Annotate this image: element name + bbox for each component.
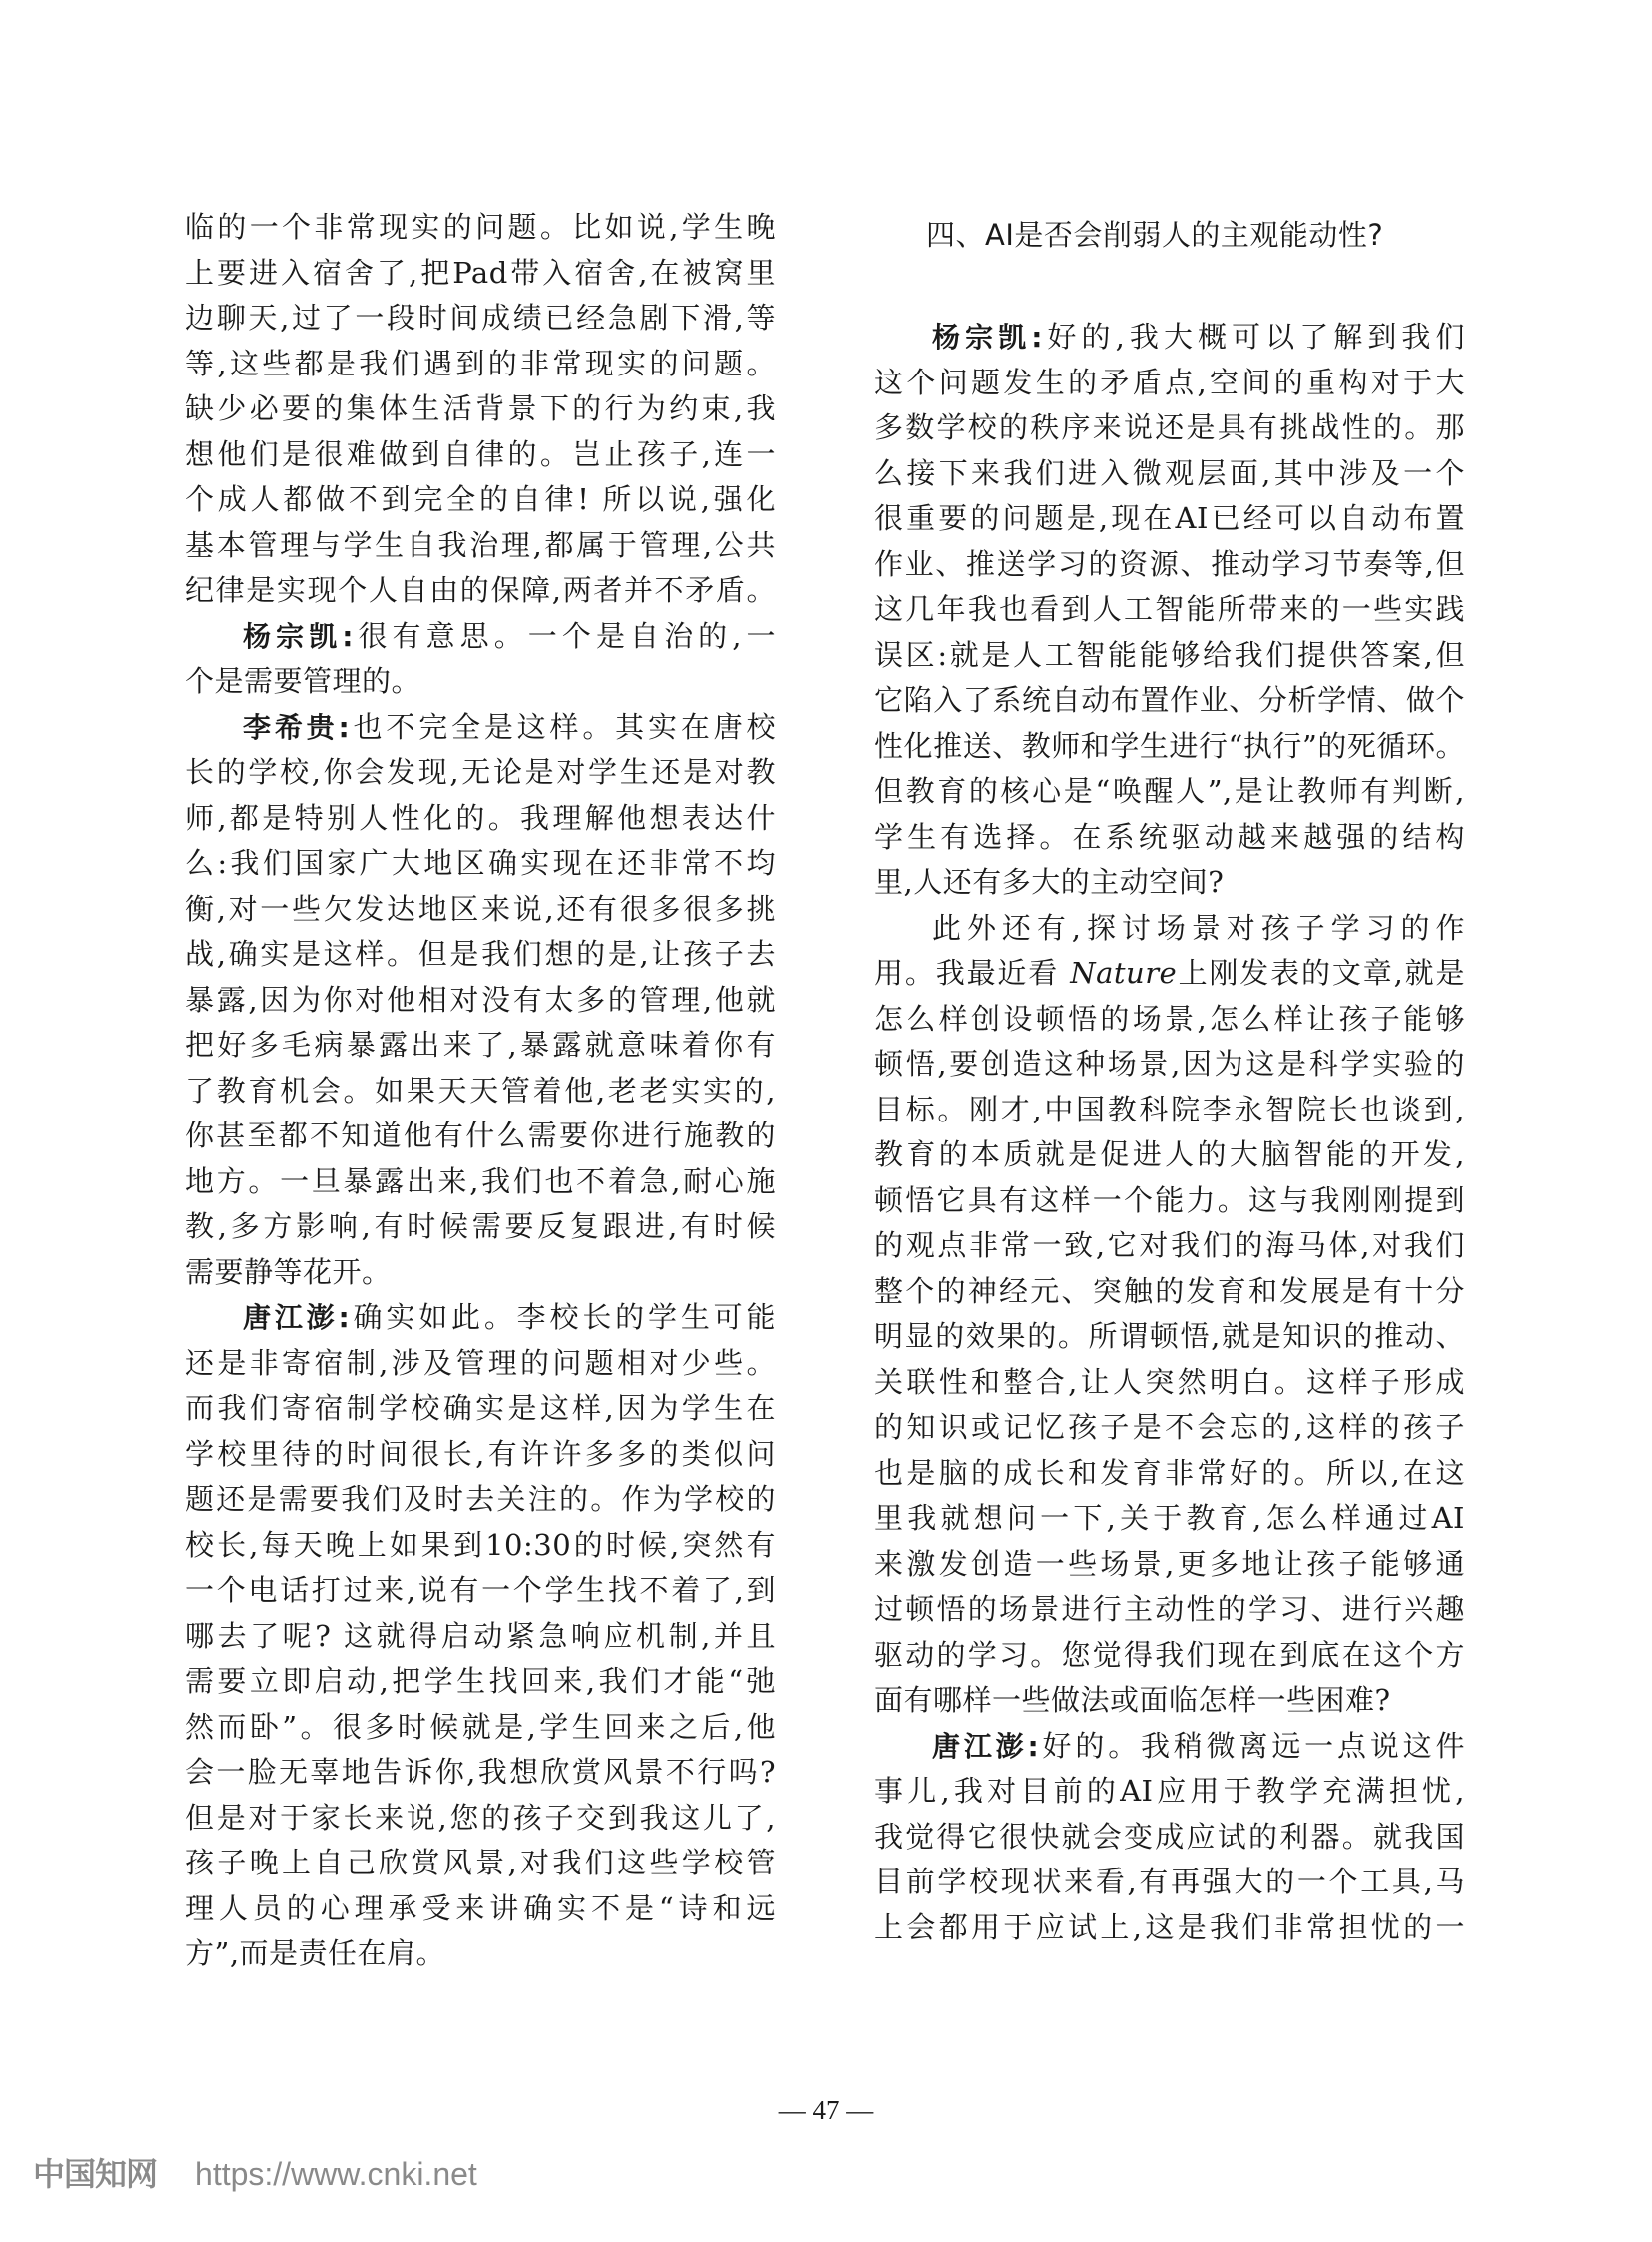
text-line: 驱动的学习。您觉得我们现在到底在这个方	[874, 1633, 1465, 1679]
text-line: 孩子晚上自己欣赏风景,对我们这些学校管	[185, 1841, 776, 1886]
line-text: 哪去了呢? 这就得启动紧急响应机制,并且	[185, 1619, 776, 1653]
text-line: 理人员的心理承受来讲确实不是“诗和远	[185, 1886, 776, 1932]
text-line: 此外还有,探讨场景对孩子学习的作	[874, 906, 1465, 952]
text-line: 校长,每天晚上如果到10:30的时候,突然有	[185, 1523, 776, 1569]
line-text: 师,都是特别人性化的。我理解他想表达什	[185, 801, 776, 835]
line-text: 还是非寄宿制,涉及管理的问题相对少些。	[185, 1346, 776, 1380]
text-line: 这几年我也看到人工智能所带来的一些实践	[874, 587, 1465, 633]
line-text: 个成人都做不到完全的自律! 所以说,强化	[185, 482, 776, 516]
line-text: 教,多方影响,有时候需要反复跟进,有时候	[185, 1209, 776, 1243]
text-line: 题还是需要我们及时去关注的。作为学校的	[185, 1477, 776, 1523]
text-line: 关联性和整合,让人突然明白。这样子形成	[874, 1360, 1465, 1406]
line-text: 么:我们国家广大地区确实现在还非常不均	[185, 846, 776, 880]
speaker-paragraph-start: 杨宗凯:好的,我大概可以了解到我们	[874, 315, 1465, 361]
line-text: 边聊天,过了一段时间成绩已经急剧下滑,等	[185, 301, 776, 335]
line-text: 需要静等花开。	[185, 1255, 392, 1289]
text-line: 需要立即启动,把学生找回来,我们才能“弛	[185, 1659, 776, 1705]
text-line: 学生有选择。在系统驱动越来越强的结构	[874, 815, 1465, 861]
line-text: 会一脸无辜地告诉你,我想欣赏风景不行吗?	[185, 1755, 776, 1789]
section-heading: 四、AI是否会削弱人的主观能动性?	[874, 205, 1465, 315]
text-line: 顿悟,要创造这种场景,因为这是科学实验的	[874, 1042, 1465, 1088]
text-line: 战,确实是这样。但是我们想的是,让孩子去	[185, 932, 776, 978]
text-line: 教育的本质就是促进人的大脑智能的开发,	[874, 1132, 1465, 1178]
text-line: 来激发创造一些场景,更多地让孩子能够通	[874, 1542, 1465, 1588]
text-line: 你甚至都不知道他有什么需要你进行施教的	[185, 1114, 776, 1159]
line-text: 然而卧”。很多时候就是,学生回来之后,他	[185, 1710, 776, 1744]
line-text: 你甚至都不知道他有什么需要你进行施教的	[185, 1119, 776, 1152]
line-text: 很有意思。一个是自治的,一	[354, 619, 776, 653]
text-line: 会一脸无辜地告诉你,我想欣赏风景不行吗?	[185, 1750, 776, 1796]
line-text: 上会都用于应试上,这是我们非常担忧的一	[874, 1910, 1465, 1944]
line-text: 的知识或记忆孩子是不会忘的,这样的孩子	[874, 1410, 1465, 1444]
right-column-body: 杨宗凯:好的,我大概可以了解到我们这个问题发生的矛盾点,空间的重构对于大多数学校…	[874, 315, 1465, 1950]
line-text: 衡,对一些欠发达地区来说,还有很多很多挑	[185, 892, 776, 926]
line-text: 过顿悟的场景进行主动性的学习、进行兴趣	[874, 1592, 1465, 1626]
line-text: 但是对于家长来说,您的孩子交到我这儿了,	[185, 1801, 776, 1835]
text-line: 等,这些都是我们遇到的非常现实的问题。	[185, 342, 776, 387]
line-text: 想他们是很难做到自律的。岂止孩子,连一	[185, 437, 776, 471]
line-text: 整个的神经元、突触的发育和发展是有十分	[874, 1274, 1465, 1308]
line-text: 暴露,因为你对他相对没有太多的管理,他就	[185, 983, 776, 1017]
line-text: 里我就想问一下,关于教育,怎么样通过AI	[874, 1501, 1465, 1535]
line-text: 目标。刚才,中国教科院李永智院长也谈到,	[874, 1093, 1465, 1126]
line-text: 怎么样创设顿悟的场景,怎么样让孩子能够	[874, 1002, 1465, 1036]
line-text: 把好多毛病暴露出来了,暴露就意味着你有	[185, 1028, 776, 1062]
line-text: 战,确实是这样。但是我们想的是,让孩子去	[185, 937, 776, 971]
line-text: 地方。一旦暴露出来,我们也不着急,耐心施	[185, 1164, 776, 1198]
line-text: 很重要的问题是,现在AI已经可以自动布置	[874, 501, 1465, 535]
text-line: 还是非寄宿制,涉及管理的问题相对少些。	[185, 1341, 776, 1387]
line-text: 好的。我稍微离远一点说这件	[1039, 1729, 1465, 1763]
line-text: 性化推送、教师和学生进行“执行”的死循环。	[874, 729, 1465, 763]
text-line: 边聊天,过了一段时间成绩已经急剧下滑,等	[185, 296, 776, 342]
text-line: 地方。一旦暴露出来,我们也不着急,耐心施	[185, 1159, 776, 1205]
text-line: 教,多方影响,有时候需要反复跟进,有时候	[185, 1204, 776, 1250]
page-number: — 47 —	[0, 2095, 1652, 2126]
text-line: 个成人都做不到完全的自律! 所以说,强化	[185, 477, 776, 523]
text-line: 但教育的核心是“唤醒人”,是让教师有判断,	[874, 769, 1465, 815]
line-text: 它陷入了系统自动布置作业、分析学情、做个	[874, 683, 1465, 717]
line-text: 么接下来我们进入微观层面,其中涉及一个	[874, 456, 1465, 490]
text-line: 里,人还有多大的主动空间?	[874, 860, 1465, 906]
text-line: 我觉得它很快就会变成应试的利器。就我国	[874, 1815, 1465, 1861]
line-text: 好的,我大概可以了解到我们	[1043, 320, 1465, 354]
text-line: 而我们寄宿制学校确实是这样,因为学生在	[185, 1386, 776, 1432]
line-text: 事儿,我对目前的AI应用于教学充满担忧,	[874, 1774, 1465, 1808]
text-line: 需要静等花开。	[185, 1250, 776, 1296]
text-line: 怎么样创设顿悟的场景,怎么样让孩子能够	[874, 997, 1465, 1043]
right-column: 四、AI是否会削弱人的主观能动性? 杨宗凯:好的,我大概可以了解到我们这个问题发…	[874, 205, 1465, 1950]
text-line: 么接下来我们进入微观层面,其中涉及一个	[874, 451, 1465, 497]
text-line: 明显的效果的。所谓顿悟,就是知识的推动、	[874, 1314, 1465, 1360]
line-text: 需要立即启动,把学生找回来,我们才能“弛	[185, 1664, 776, 1698]
speaker-paragraph-start: 李希贵:也不完全是这样。其实在唐校	[185, 705, 776, 751]
cnki-watermark: 中国知网 https://www.cnki.net	[33, 2149, 477, 2195]
text-line: 面有哪样一些做法或面临怎样一些困难?	[874, 1678, 1465, 1724]
text-line: 学校里待的时间很长,有许许多多的类似问	[185, 1432, 776, 1478]
text-line: 整个的神经元、突触的发育和发展是有十分	[874, 1269, 1465, 1315]
line-text: 一个电话打过来,说有一个学生找不着了,到	[185, 1573, 776, 1607]
line-text: 也不完全是这样。其实在唐校	[350, 710, 776, 744]
text-line: 然而卧”。很多时候就是,学生回来之后,他	[185, 1705, 776, 1751]
line-text: 学生有选择。在系统驱动越来越强的结构	[874, 820, 1465, 854]
line-text: 面有哪样一些做法或面临怎样一些困难?	[874, 1683, 1391, 1717]
line-text: 等,这些都是我们遇到的非常现实的问题。	[185, 347, 776, 380]
line-text: 顿悟它具有这样一个能力。这与我刚刚提到	[874, 1183, 1465, 1217]
text-line: 哪去了呢? 这就得启动紧急响应机制,并且	[185, 1614, 776, 1660]
text-line: 误区:就是人工智能能够给我们提供答案,但	[874, 633, 1465, 679]
text-line: 这个问题发生的矛盾点,空间的重构对于大	[874, 361, 1465, 406]
text-line: 暴露,因为你对他相对没有太多的管理,他就	[185, 978, 776, 1024]
line-text: 题还是需要我们及时去关注的。作为学校的	[185, 1482, 776, 1516]
text-line: 么:我们国家广大地区确实现在还非常不均	[185, 841, 776, 887]
line-text: 确实如此。李校长的学生可能	[350, 1300, 776, 1334]
line-text: 的观点非常一致,它对我们的海马体,对我们	[874, 1228, 1465, 1262]
text-line: 衡,对一些欠发达地区来说,还有很多很多挑	[185, 887, 776, 933]
speaker-name: 唐江澎:	[932, 1730, 1039, 1763]
text-line: 把好多毛病暴露出来了,暴露就意味着你有	[185, 1023, 776, 1069]
speaker-name: 杨宗凯:	[932, 321, 1043, 354]
speaker-name: 杨宗凯:	[243, 620, 354, 653]
line-text: 上要进入宿舍了,把Pad带入宿舍,在被窝里	[185, 256, 776, 290]
line-text: 目前学校现状来看,有再强大的一个工具,马	[874, 1865, 1465, 1898]
text-line: 基本管理与学生自我治理,都属于管理,公共	[185, 523, 776, 569]
speaker-paragraph-start: 杨宗凯:很有意思。一个是自治的,一	[185, 614, 776, 660]
text-line: 缺少必要的集体生活背景下的行为约束,我	[185, 386, 776, 432]
text-line: 多数学校的秩序来说还是具有挑战性的。那	[874, 405, 1465, 451]
text-line: 方”,而是责任在肩。	[185, 1931, 776, 1977]
line-text: 了教育机会。如果天天管着他,老老实实的,	[185, 1074, 776, 1108]
text-line: 上会都用于应试上,这是我们非常担忧的一	[874, 1905, 1465, 1951]
text-line: 了教育机会。如果天天管着他,老老实实的,	[185, 1069, 776, 1115]
watermark-brand: 中国知网	[33, 2149, 157, 2195]
line-text: 理人员的心理承受来讲确实不是“诗和远	[185, 1891, 776, 1925]
line-text: 来激发创造一些场景,更多地让孩子能够通	[874, 1547, 1465, 1581]
text-line: 长的学校,你会发现,无论是对学生还是对教	[185, 750, 776, 796]
text-segment: 用。我最近看	[874, 956, 1070, 990]
line-text: 顿悟,要创造这种场景,因为这是科学实验的	[874, 1047, 1465, 1081]
line-text: 临的一个非常现实的问题。比如说,学生晚	[185, 210, 776, 244]
italic-term: Nature	[1070, 956, 1177, 990]
speaker-paragraph-start: 唐江澎:好的。我稍微离远一点说这件	[874, 1724, 1465, 1770]
line-text: 驱动的学习。您觉得我们现在到底在这个方	[874, 1638, 1465, 1672]
line-text: 此外还有,探讨场景对孩子学习的作	[932, 911, 1465, 945]
text-line: 一个电话打过来,说有一个学生找不着了,到	[185, 1568, 776, 1614]
text-line: 师,都是特别人性化的。我理解他想表达什	[185, 796, 776, 842]
line-text: 方”,而是责任在肩。	[185, 1936, 445, 1970]
text-line: 的知识或记忆孩子是不会忘的,这样的孩子	[874, 1405, 1465, 1451]
text-line: 的观点非常一致,它对我们的海马体,对我们	[874, 1223, 1465, 1269]
line-text: 孩子晚上自己欣赏风景,对我们这些学校管	[185, 1846, 776, 1879]
watermark-url[interactable]: https://www.cnki.net	[195, 2156, 477, 2193]
speaker-name: 唐江澎:	[243, 1301, 350, 1334]
line-text: 作业、推送学习的资源、推动学习节奏等,但	[874, 547, 1465, 581]
text-line: 作业、推送学习的资源、推动学习节奏等,但	[874, 542, 1465, 588]
text-line: 目前学校现状来看,有再强大的一个工具,马	[874, 1860, 1465, 1905]
text-line: 过顿悟的场景进行主动性的学习、进行兴趣	[874, 1587, 1465, 1633]
speaker-paragraph-start: 唐江澎:确实如此。李校长的学生可能	[185, 1295, 776, 1341]
text-line: 纪律是实现个人自由的保障,两者并不矛盾。	[185, 568, 776, 614]
left-column: 临的一个非常现实的问题。比如说,学生晚上要进入宿舍了,把Pad带入宿舍,在被窝里…	[185, 205, 776, 1977]
line-text: 缺少必要的集体生活背景下的行为约束,我	[185, 391, 776, 425]
line-text: 但教育的核心是“唤醒人”,是让教师有判断,	[874, 774, 1465, 808]
line-text: 多数学校的秩序来说还是具有挑战性的。那	[874, 410, 1465, 444]
line-text: 误区:就是人工智能能够给我们提供答案,但	[874, 638, 1465, 672]
speaker-name: 李希贵:	[243, 711, 350, 744]
line-text: 也是脑的成长和发育非常好的。所以,在这	[874, 1456, 1465, 1490]
line-text: 教育的本质就是促进人的大脑智能的开发,	[874, 1137, 1465, 1171]
line-text: 我觉得它很快就会变成应试的利器。就我国	[874, 1820, 1465, 1854]
line-text: 基本管理与学生自我治理,都属于管理,公共	[185, 528, 776, 562]
text-line: 也是脑的成长和发育非常好的。所以,在这	[874, 1451, 1465, 1497]
line-text: 长的学校,你会发现,无论是对学生还是对教	[185, 755, 776, 789]
text-line: 它陷入了系统自动布置作业、分析学情、做个	[874, 678, 1465, 724]
line-text: 关联性和整合,让人突然明白。这样子形成	[874, 1365, 1465, 1399]
line-text: 这几年我也看到人工智能所带来的一些实践	[874, 592, 1465, 626]
text-line: 里我就想问一下,关于教育,怎么样通过AI	[874, 1496, 1465, 1542]
text-line: 目标。刚才,中国教科院李永智院长也谈到,	[874, 1088, 1465, 1133]
text-line: 但是对于家长来说,您的孩子交到我这儿了,	[185, 1796, 776, 1842]
text-line: 个是需要管理的。	[185, 659, 776, 705]
text-line: 很重要的问题是,现在AI已经可以自动布置	[874, 496, 1465, 542]
text-line: 临的一个非常现实的问题。比如说,学生晚	[185, 205, 776, 251]
text-line: 性化推送、教师和学生进行“执行”的死循环。	[874, 724, 1465, 770]
line-text: 而我们寄宿制学校确实是这样,因为学生在	[185, 1391, 776, 1425]
line-text: 学校里待的时间很长,有许许多多的类似问	[185, 1437, 776, 1471]
text-line: 用。我最近看 Nature上刚发表的文章,就是	[874, 951, 1465, 997]
text-line: 想他们是很难做到自律的。岂止孩子,连一	[185, 432, 776, 478]
text-line: 上要进入宿舍了,把Pad带入宿舍,在被窝里	[185, 251, 776, 297]
text-segment: 上刚发表的文章,就是	[1177, 956, 1465, 990]
line-text: 明显的效果的。所谓顿悟,就是知识的推动、	[874, 1319, 1465, 1353]
line-text: 纪律是实现个人自由的保障,两者并不矛盾。	[185, 573, 776, 607]
line-text: 个是需要管理的。	[185, 664, 420, 698]
line-text: 校长,每天晚上如果到10:30的时候,突然有	[185, 1528, 776, 1562]
line-text: 这个问题发生的矛盾点,空间的重构对于大	[874, 366, 1465, 399]
text-line: 事儿,我对目前的AI应用于教学充满担忧,	[874, 1769, 1465, 1815]
text-line: 顿悟它具有这样一个能力。这与我刚刚提到	[874, 1178, 1465, 1224]
line-text: 里,人还有多大的主动空间?	[874, 865, 1224, 899]
